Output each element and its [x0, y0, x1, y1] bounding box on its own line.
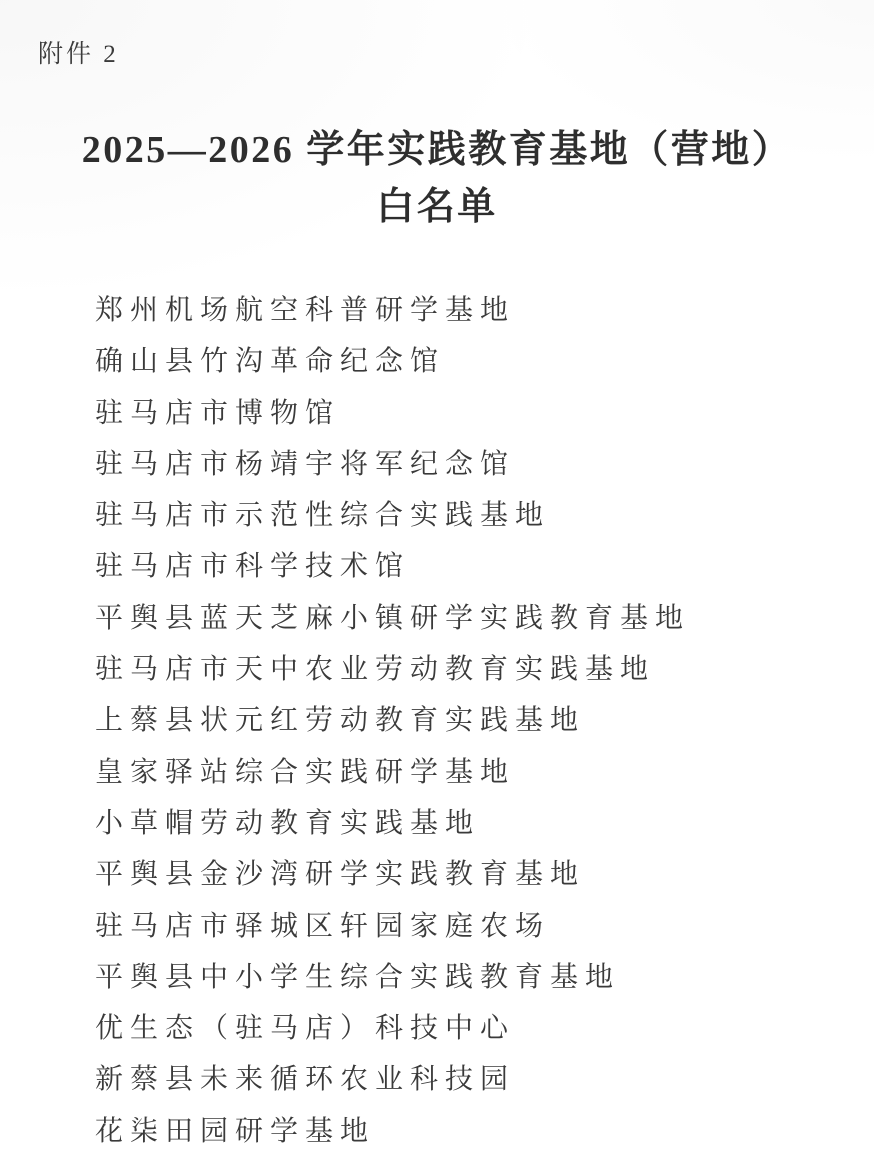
list-item: 驻马店市科学技术馆 — [95, 541, 834, 592]
list-item: 小草帽劳动教育实践基地 — [95, 798, 834, 849]
list-item: 上蔡县状元红劳动教育实践基地 — [95, 695, 834, 746]
page-title-line-2: 白名单 — [0, 179, 874, 236]
list-item: 优生态（驻马店）科技中心 — [95, 1003, 834, 1054]
page-title: 2025—2026 学年实践教育基地（营地） 白名单 — [0, 122, 874, 236]
list-item: 平舆县蓝天芝麻小镇研学实践教育基地 — [95, 593, 834, 644]
list-item: 郑州机场航空科普研学基地 — [95, 285, 834, 336]
list-item: 确山县竹沟革命纪念馆 — [95, 336, 834, 387]
base-list: 郑州机场航空科普研学基地 确山县竹沟革命纪念馆 驻马店市博物馆 驻马店市杨靖宇将… — [95, 285, 834, 1155]
list-item: 皇家驿站综合实践研学基地 — [95, 747, 834, 798]
list-item: 花柒田园研学基地 — [95, 1106, 834, 1155]
list-item: 驻马店市驿城区轩园家庭农场 — [95, 901, 834, 952]
list-item: 驻马店市天中农业劳动教育实践基地 — [95, 644, 834, 695]
list-item: 驻马店市杨靖宇将军纪念馆 — [95, 439, 834, 490]
list-item: 新蔡县未来循环农业科技园 — [95, 1054, 834, 1105]
list-item: 平舆县金沙湾研学实践教育基地 — [95, 849, 834, 900]
list-item: 驻马店市博物馆 — [95, 388, 834, 439]
page-title-line-1: 2025—2026 学年实践教育基地（营地） — [0, 122, 874, 179]
list-item: 驻马店市示范性综合实践基地 — [95, 490, 834, 541]
attachment-label: 附件 2 — [38, 34, 119, 70]
document-page: 附件 2 2025—2026 学年实践教育基地（营地） 白名单 郑州机场航空科普… — [0, 0, 874, 1155]
list-item: 平舆县中小学生综合实践教育基地 — [95, 952, 834, 1003]
